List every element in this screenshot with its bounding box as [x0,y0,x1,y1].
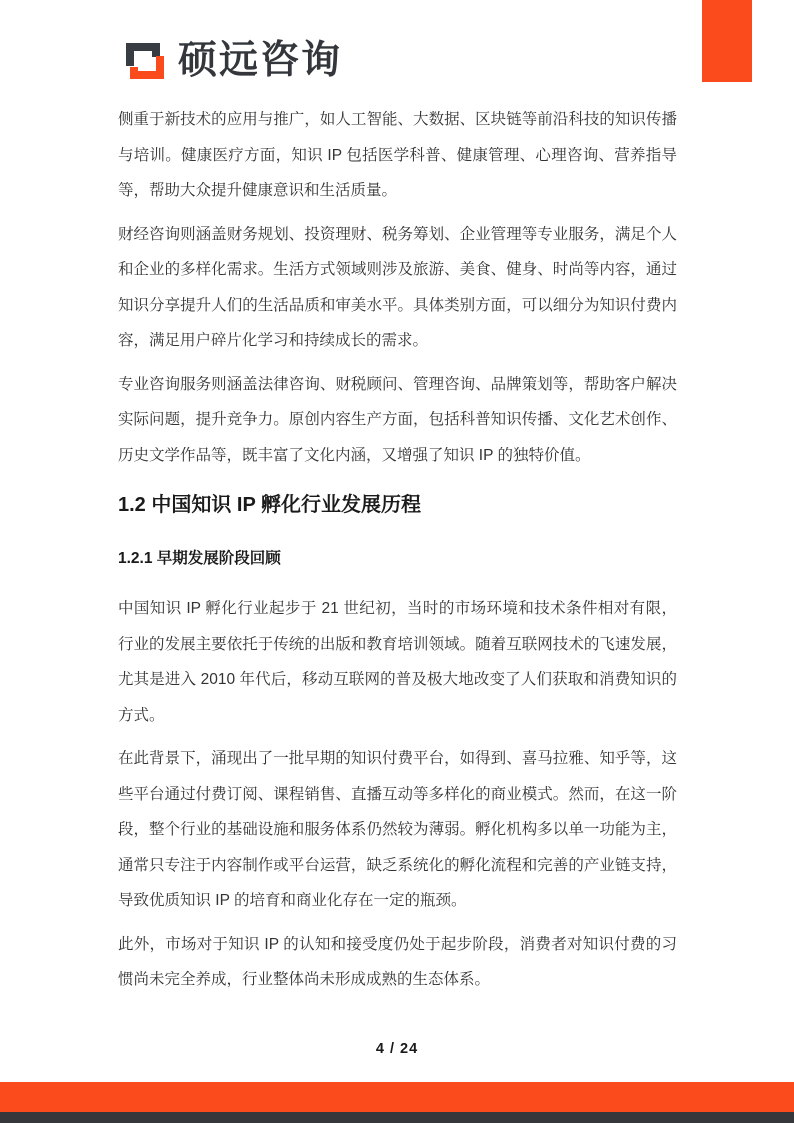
subsection-heading: 1.2.1 早期发展阶段回顾 [118,547,677,571]
logo-text: 硕远咨询 [178,39,342,83]
top-accent-block [702,0,752,82]
page-number: 4 / 24 [0,1041,794,1057]
body-paragraph: 专业咨询服务则涵盖法律咨询、财税顾问、管理咨询、品牌策划等，帮助客户解决实际问题… [118,367,677,474]
body-paragraph: 此外，市场对于知识 IP 的认知和接受度仍处于起步阶段，消费者对知识付费的习惯尚… [118,927,677,998]
section-heading: 1.2 中国知识 IP 孵化行业发展历程 [118,491,677,519]
document-content: 侧重于新技术的应用与推广，如人工智能、大数据、区块链等前沿科技的知识传播与培训。… [118,102,677,1006]
body-paragraph: 在此背景下，涌现出了一批早期的知识付费平台，如得到、喜马拉雅、知乎等，这些平台通… [118,741,677,919]
logo: 硕远咨询 [123,39,342,83]
body-paragraph: 中国知识 IP 孵化行业起步于 21 世纪初，当时的市场环境和技术条件相对有限，… [118,591,677,733]
body-paragraph: 侧重于新技术的应用与推广，如人工智能、大数据、区块链等前沿科技的知识传播与培训。… [118,102,677,209]
footer-dark-bar [0,1112,794,1123]
footer-accent-bar [0,1082,794,1112]
body-paragraph: 财经咨询则涵盖财务规划、投资理财、税务筹划、企业管理等专业服务，满足个人和企业的… [118,217,677,359]
logo-icon [123,39,167,83]
